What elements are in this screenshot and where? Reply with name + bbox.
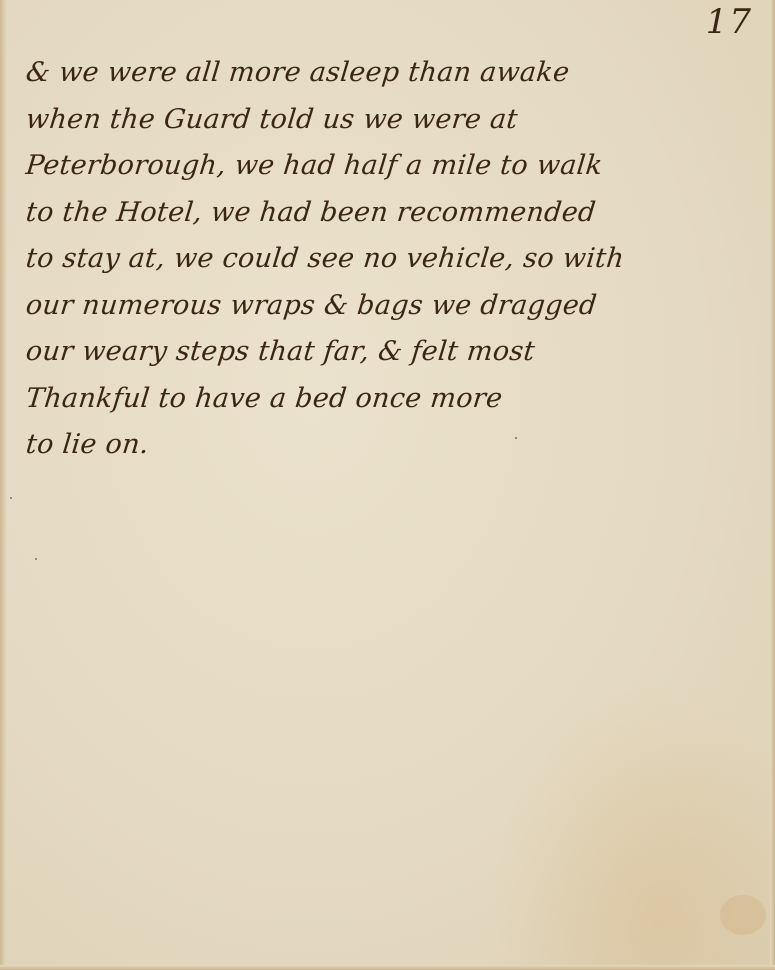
text-line: Peterborough, we had half a mile to walk xyxy=(24,143,769,190)
ink-speck xyxy=(10,497,12,499)
text-line: to lie on. xyxy=(24,422,769,469)
text-line: to the Hotel, we had been recommended xyxy=(24,190,769,237)
text-line: when the Guard told us we were at xyxy=(24,97,769,144)
page-right-edge xyxy=(770,0,775,970)
foxing-stain xyxy=(720,895,766,935)
text-line: our weary steps that far, & felt most xyxy=(24,329,769,376)
text-line: Thankful to have a bed once more xyxy=(24,376,769,423)
page-number: 17 xyxy=(706,2,753,42)
text-line: & we were all more asleep than awake xyxy=(24,50,769,97)
text-line: our numerous wraps & bags we dragged xyxy=(24,283,769,330)
page-bottom-edge xyxy=(0,965,775,970)
text-line: to stay at, we could see no vehicle, so … xyxy=(24,236,769,283)
page-left-edge xyxy=(0,0,6,970)
handwritten-text: & we were all more asleep than awake whe… xyxy=(26,50,766,469)
ink-speck xyxy=(35,558,37,560)
manuscript-page: 17 & we were all more asleep than awake … xyxy=(0,0,775,970)
